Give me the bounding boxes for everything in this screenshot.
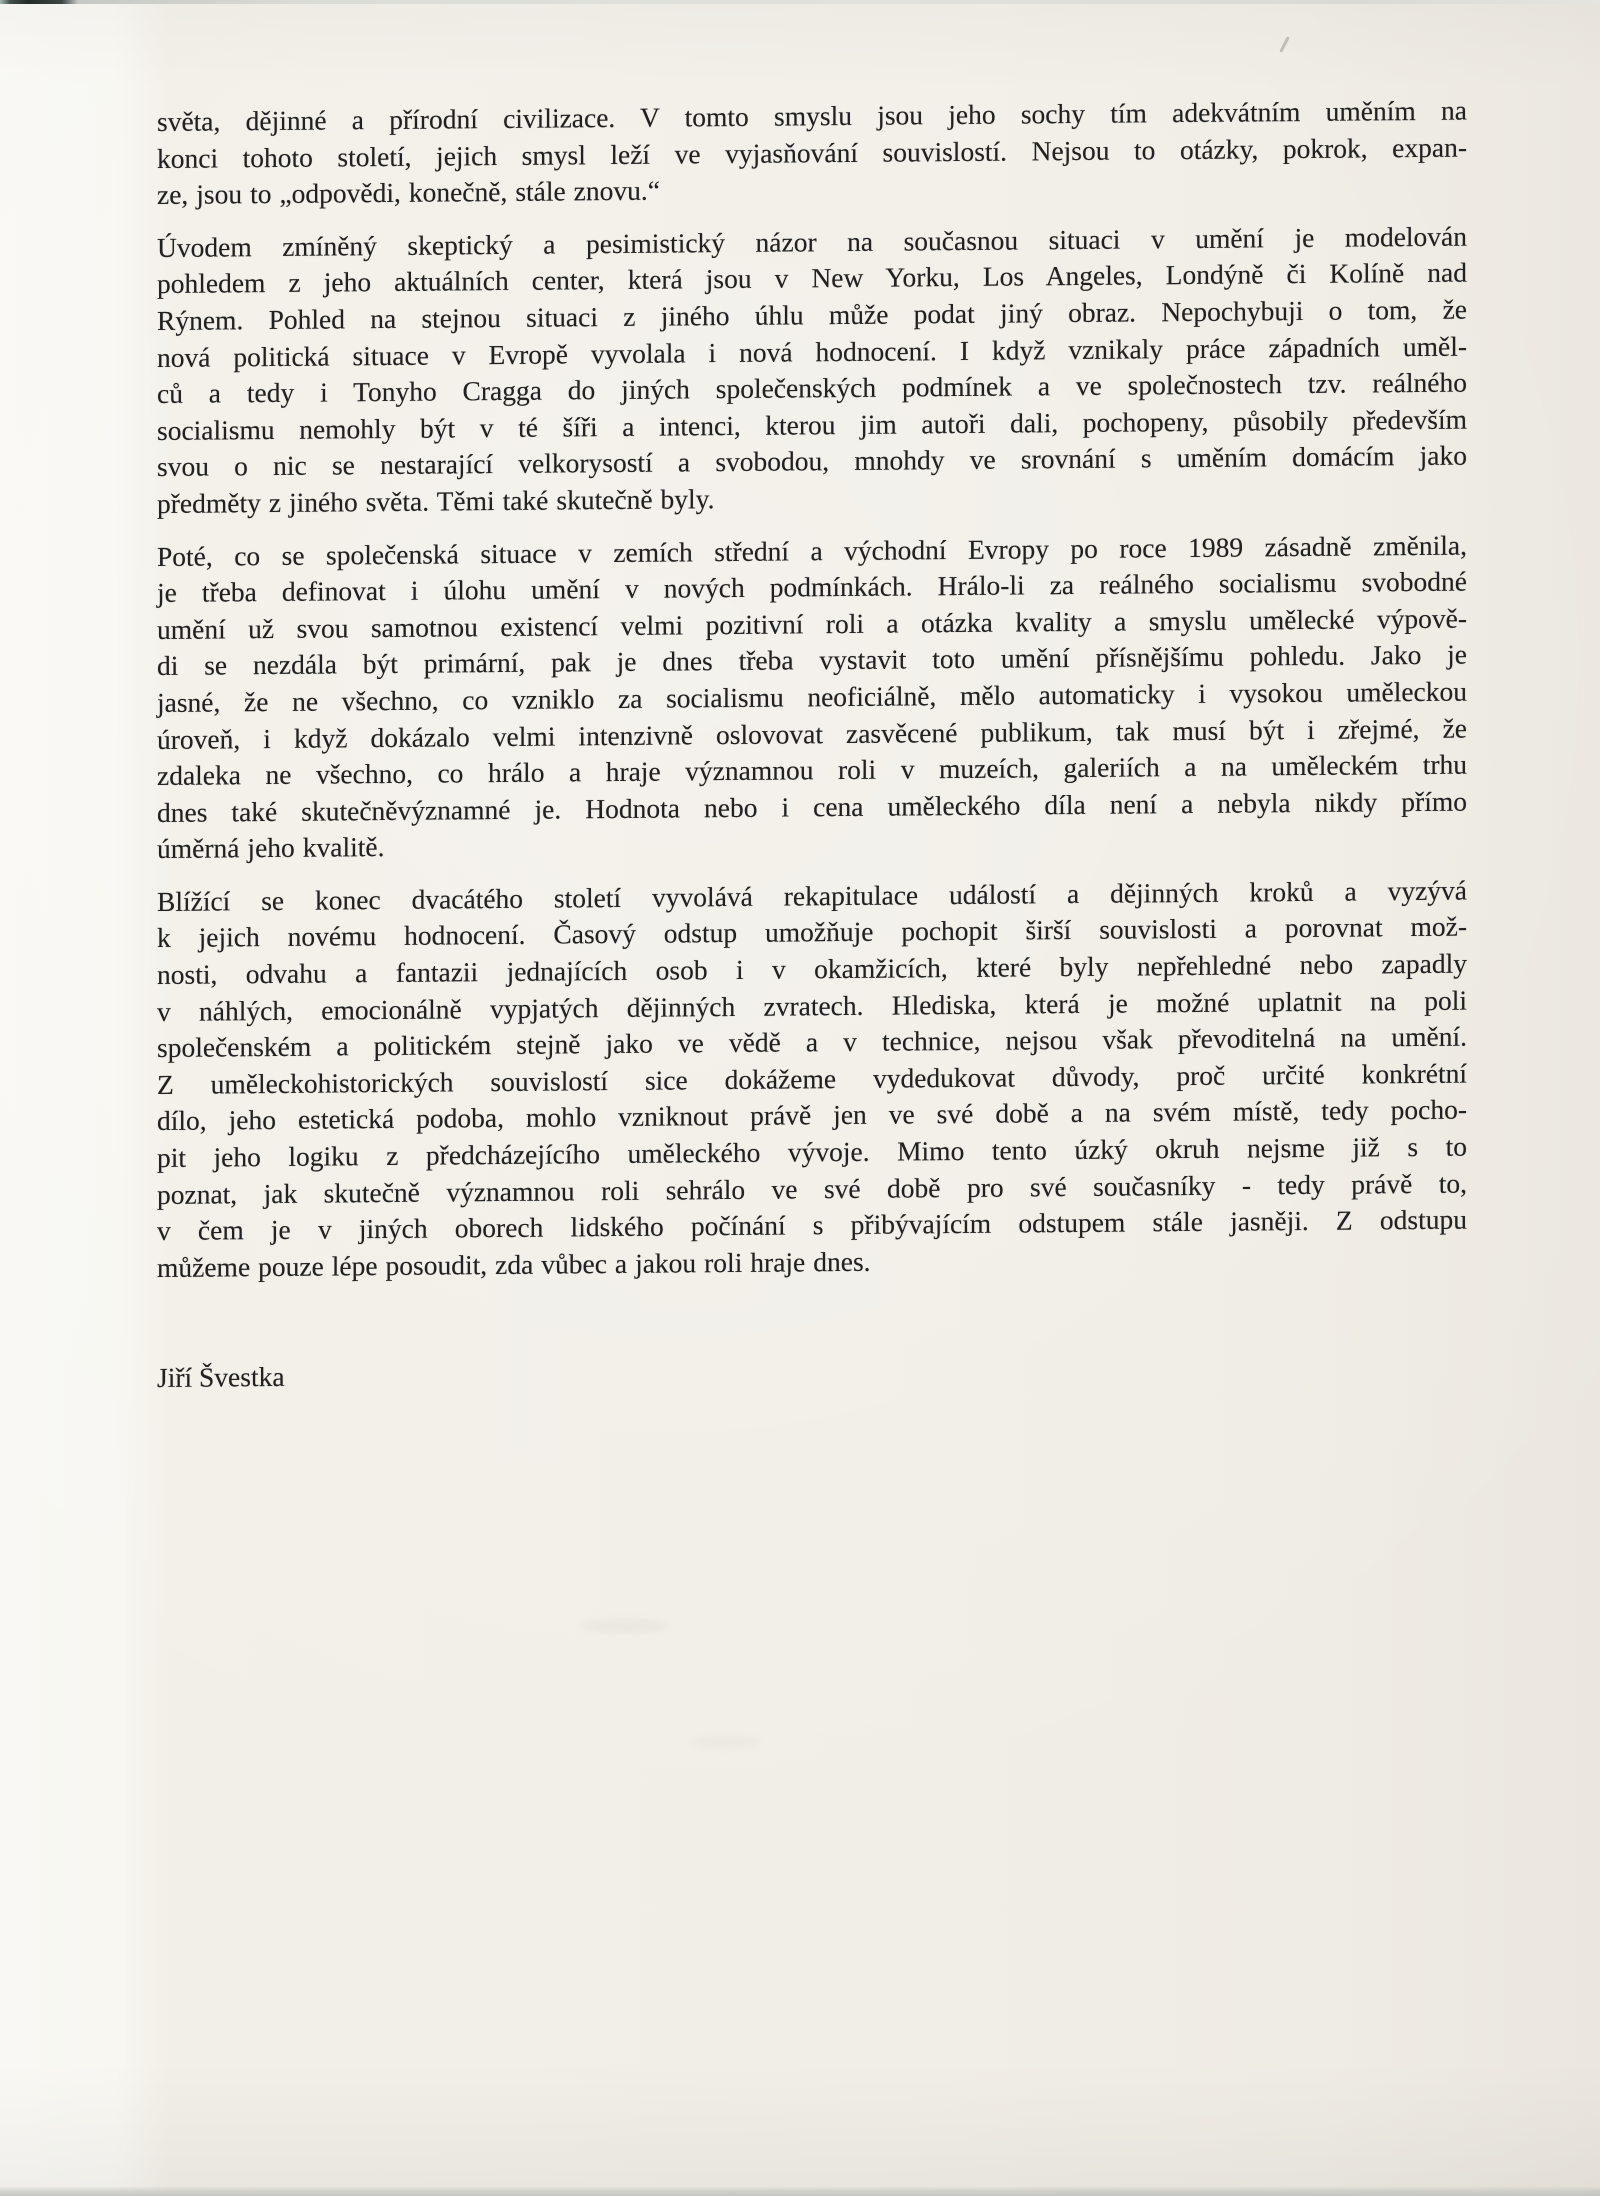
paragraph-list: světa, dějinné a přírodní civilizace. V … [157, 93, 1467, 1287]
scan-edge-bottom [0, 2186, 1600, 2196]
scanned-page: světa, dějinné a přírodní civilizace. V … [0, 0, 1600, 2196]
scan-edge-top [0, 0, 1600, 4]
text-block: světa, dějinné a přírodní civilizace. V … [157, 93, 1467, 1397]
paragraph: Úvodem zmíněný skeptický a pesimistický … [157, 218, 1467, 522]
paragraph: Poté, co se společenská situace v zemích… [157, 527, 1467, 868]
paragraph: Blížící se konec dvacátého století vyvol… [157, 872, 1467, 1286]
paper-smudge [690, 1735, 760, 1749]
paragraph: světa, dějinné a přírodní civilizace. V … [157, 93, 1467, 214]
scan-artifact-mark [1279, 36, 1289, 53]
paper-smudge [580, 1618, 670, 1634]
signature-name: Jiří Švestka [157, 1349, 1467, 1397]
